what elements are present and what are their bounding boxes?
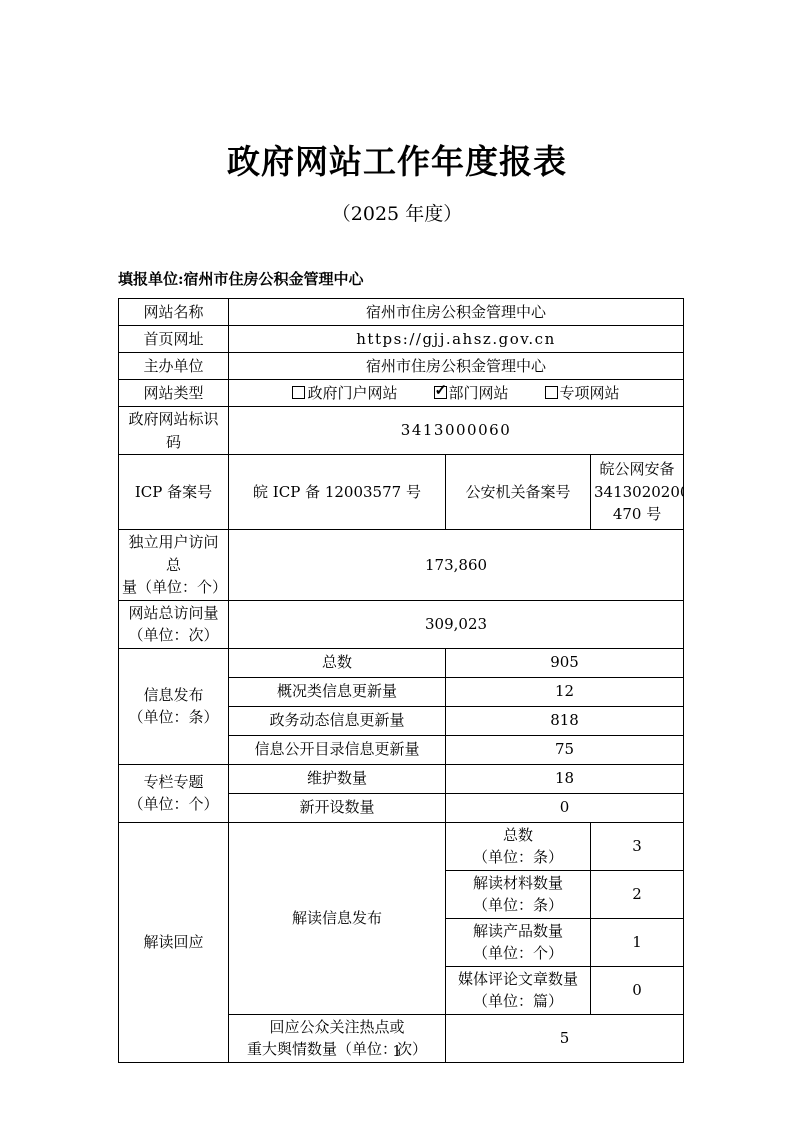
table-row: 主办单位 宿州市住房公积金管理中心	[119, 353, 684, 380]
site-name-label: 网站名称	[119, 299, 229, 326]
page-title: 政府网站工作年度报表	[0, 136, 794, 183]
special-columns-label: 专栏专题 （单位：个）	[119, 764, 229, 822]
table-row: 网站类型 政府门户网站 部门网站 专项网站	[119, 380, 684, 407]
info-release-row-1-value: 12	[446, 677, 684, 706]
interpretation-row-1-label: 解读材料数量 （单位：条）	[446, 870, 591, 918]
special-columns-row-1-label: 新开设数量	[229, 793, 446, 822]
organizer-label: 主办单位	[119, 353, 229, 380]
site-code-value: 3413000060	[229, 407, 684, 455]
special-columns-row-1-value: 0	[446, 793, 684, 822]
table-row: 首页网址 https://gjj.ahsz.gov.cn	[119, 326, 684, 353]
info-release-row-0-label: 总数	[229, 648, 446, 677]
table-row: 独立用户访问总 量（单位：个） 173,860	[119, 530, 684, 601]
total-visits-value: 309,023	[229, 600, 684, 648]
reporting-unit: 填报单位:宿州市住房公积金管理中心	[118, 268, 364, 289]
special-columns-row-0-value: 18	[446, 764, 684, 793]
table-row: 解读回应 解读信息发布 总数 （单位：条） 3	[119, 822, 684, 870]
site-type-option-2: 专项网站	[545, 382, 620, 405]
home-url-value: https://gjj.ahsz.gov.cn	[229, 326, 684, 353]
interpretation-row-1-value: 2	[591, 870, 684, 918]
page-subtitle: （2025 年度）	[0, 199, 794, 226]
unique-visitors-value: 173,860	[229, 530, 684, 601]
table-row: ICP 备案号 皖 ICP 备 12003577 号 公安机关备案号 皖公网安备…	[119, 455, 684, 530]
table-row: 信息发布 （单位：条） 总数 905	[119, 648, 684, 677]
site-name-value: 宿州市住房公积金管理中心	[229, 299, 684, 326]
interpretation-label: 解读回应	[119, 822, 229, 1062]
icp-value: 皖 ICP 备 12003577 号	[229, 455, 446, 530]
site-code-label: 政府网站标识码	[119, 407, 229, 455]
interpretation-row-3-value: 0	[591, 966, 684, 1014]
interpretation-row-0-value: 3	[591, 822, 684, 870]
home-url-label: 首页网址	[119, 326, 229, 353]
interpretation-row-2-value: 1	[591, 918, 684, 966]
report-table: 网站名称 宿州市住房公积金管理中心 首页网址 https://gjj.ahsz.…	[118, 298, 684, 1063]
page-number: 1	[0, 1042, 794, 1060]
info-release-row-2-label: 政务动态信息更新量	[229, 706, 446, 735]
checkbox-icon	[292, 386, 305, 399]
info-release-row-1-label: 概况类信息更新量	[229, 677, 446, 706]
special-columns-row-0-label: 维护数量	[229, 764, 446, 793]
organizer-value: 宿州市住房公积金管理中心	[229, 353, 684, 380]
unique-visitors-label: 独立用户访问总 量（单位：个）	[119, 530, 229, 601]
interpretation-row-0-label: 总数 （单位：条）	[446, 822, 591, 870]
interpretation-row-3-label: 媒体评论文章数量 （单位：篇）	[446, 966, 591, 1014]
site-type-label: 网站类型	[119, 380, 229, 407]
table-row: 网站名称 宿州市住房公积金管理中心	[119, 299, 684, 326]
checkbox-icon	[434, 386, 447, 399]
police-filing-label: 公安机关备案号	[446, 455, 591, 530]
info-release-label: 信息发布 （单位：条）	[119, 648, 229, 764]
info-release-row-3-value: 75	[446, 735, 684, 764]
table-row: 专栏专题 （单位：个） 维护数量 18	[119, 764, 684, 793]
table-row: 网站总访问量 （单位：次） 309,023	[119, 600, 684, 648]
interpretation-row-2-label: 解读产品数量 （单位：个）	[446, 918, 591, 966]
site-type-options: 政府门户网站 部门网站 专项网站	[229, 380, 684, 407]
interpretation-release-label: 解读信息发布	[229, 822, 446, 1014]
total-visits-label: 网站总访问量 （单位：次）	[119, 600, 229, 648]
table-row: 政府网站标识码 3413000060	[119, 407, 684, 455]
site-type-option-1: 部门网站	[434, 382, 509, 405]
info-release-row-3-label: 信息公开目录信息更新量	[229, 735, 446, 764]
site-type-option-0: 政府门户网站	[292, 382, 397, 405]
icp-label: ICP 备案号	[119, 455, 229, 530]
report-page: 政府网站工作年度报表 （2025 年度） 填报单位:宿州市住房公积金管理中心 网…	[0, 0, 794, 1122]
checkbox-icon	[545, 386, 558, 399]
info-release-row-0-value: 905	[446, 648, 684, 677]
info-release-row-2-value: 818	[446, 706, 684, 735]
police-filing-value: 皖公网安备 34130202000 470 号	[591, 455, 684, 530]
